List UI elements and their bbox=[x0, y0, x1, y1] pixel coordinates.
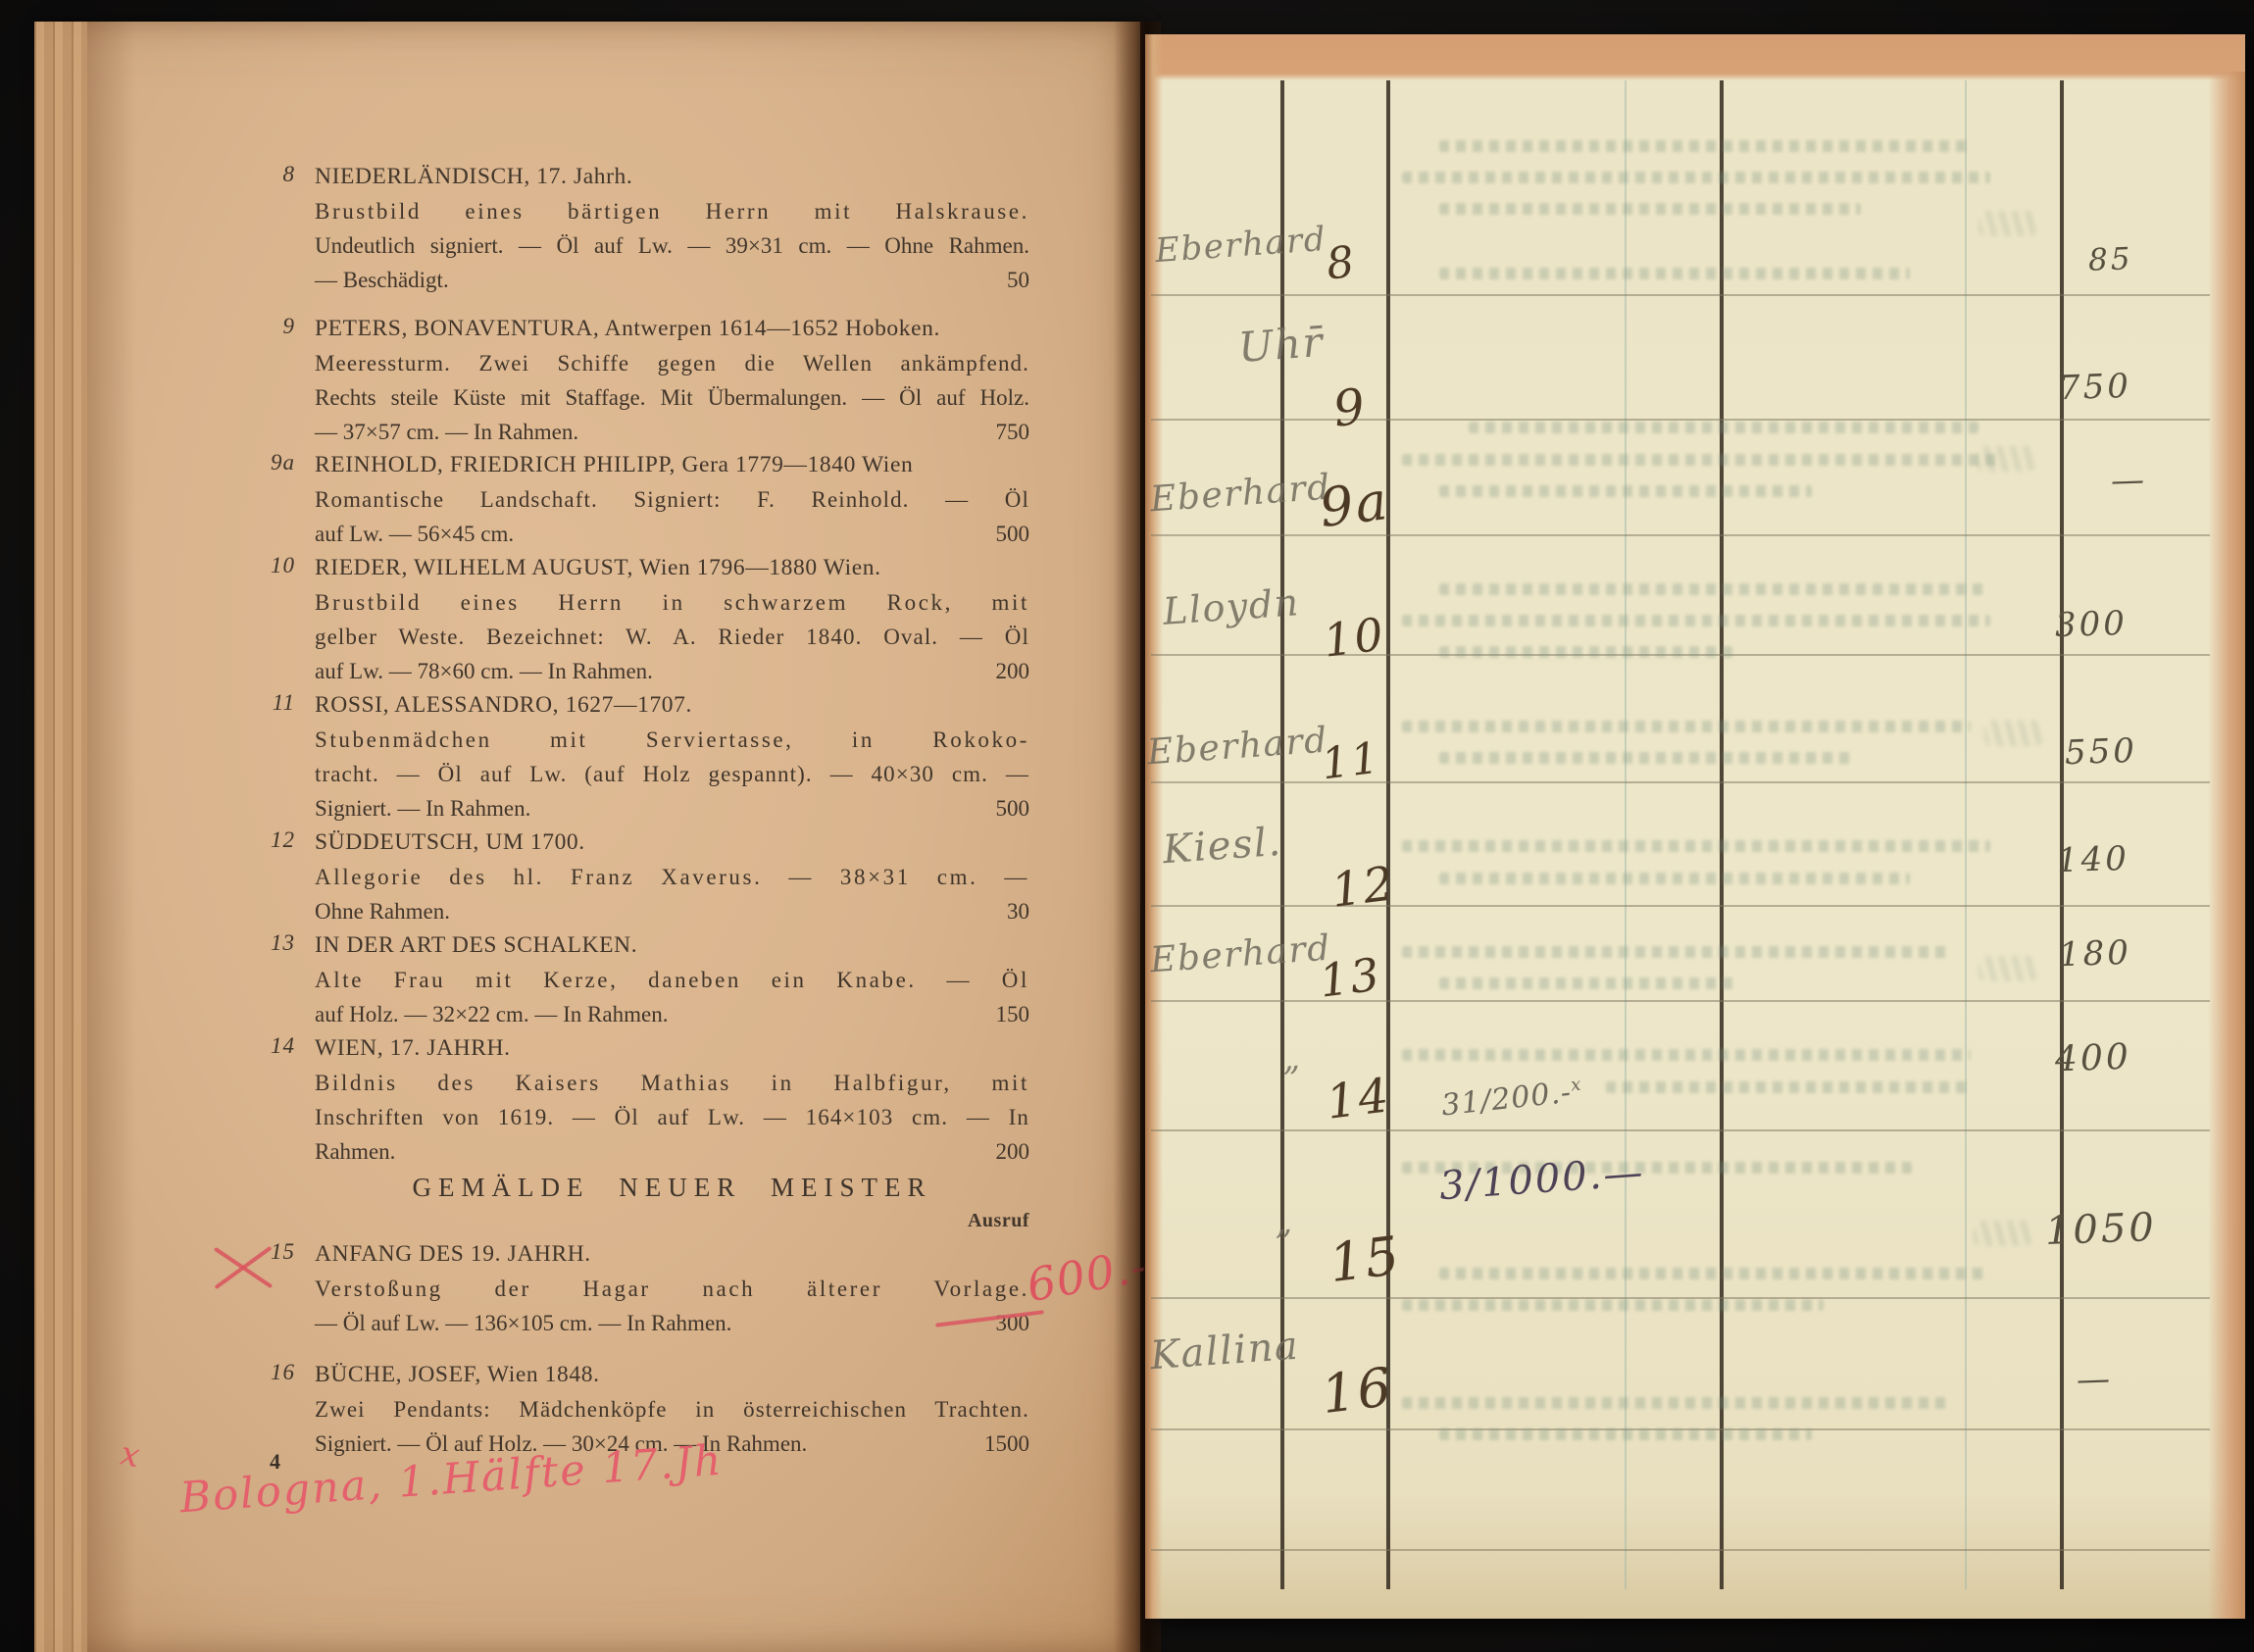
hammer-price: 180 bbox=[2058, 933, 2131, 976]
bleedthrough-mark bbox=[1984, 721, 2043, 746]
hammer-price: 550 bbox=[2064, 731, 2137, 774]
ausruf-price: 50 bbox=[1007, 263, 1029, 297]
hammer-price: 140 bbox=[2056, 839, 2129, 881]
catalog-item: 15 ANFANG DES 19. JAHRH. Verstoßung der … bbox=[230, 1237, 1029, 1340]
footnote-mark: x bbox=[118, 1434, 143, 1477]
deckle-edge bbox=[2208, 72, 2245, 1619]
bleedthrough-line bbox=[1439, 203, 1861, 215]
ledger-row-line bbox=[1151, 1549, 2210, 1551]
catalog-item: 9 PETERS, BONAVENTURA, Antwerpen 1614—16… bbox=[230, 312, 1029, 449]
catalog-item: 14 WIEN, 17. JAHRH. Bildnis des Kaisers … bbox=[230, 1031, 1029, 1169]
ausruf-price: 500 bbox=[996, 791, 1030, 826]
bleedthrough-mark bbox=[1977, 446, 2035, 472]
ledger-column-rule bbox=[2060, 80, 2064, 1589]
bidder-name: Kiesl. bbox=[1162, 820, 1283, 873]
catalog-item: 13 IN DER ART DES SCHALKEN. Alte Frau mi… bbox=[230, 928, 1029, 1031]
bleedthrough-line bbox=[1439, 268, 1910, 279]
ausruf-price: 200 bbox=[996, 654, 1030, 688]
item-title: ROSSI, ALESSANDRO, 1627—1707. bbox=[315, 688, 1029, 723]
ledger-column-rule-faint bbox=[1965, 80, 1967, 1589]
catalog-item: 9a REINHOLD, FRIEDRICH PHILIPP, Gera 177… bbox=[230, 448, 1029, 551]
hammer-price: 85 bbox=[2087, 241, 2133, 278]
lot-number: 13 bbox=[230, 930, 295, 956]
ledger-column-rule bbox=[1720, 80, 1724, 1589]
ledger-row-line bbox=[1151, 1129, 2210, 1131]
lot-number: 8 bbox=[230, 162, 295, 187]
ausruf-column-label: Ausruf bbox=[315, 1210, 1029, 1232]
lot-number: 11 bbox=[230, 690, 295, 716]
ledger-column-rule-faint bbox=[1625, 80, 1627, 1589]
bleedthrough-line bbox=[1402, 1397, 1951, 1409]
item-line: Allegorie des hl. Franz Xaverus. — 38×31… bbox=[315, 860, 1029, 894]
bleedthrough-line bbox=[1469, 422, 1979, 433]
ledger-row-line bbox=[1151, 294, 2210, 296]
ledger-page: Eberhard 8 85 Uhr̄ 9 750 Eberhard 9a — L… bbox=[1145, 34, 2245, 1619]
catalog-item: 10 RIEDER, WILHELM AUGUST, Wien 1796—188… bbox=[230, 551, 1029, 688]
item-title: IN DER ART DES SCHALKEN. bbox=[315, 928, 1029, 963]
item-line: Meeressturm. Zwei Schiffe gegen die Well… bbox=[315, 346, 1029, 380]
lot-number-entry: 13 bbox=[1317, 947, 1384, 1007]
catalog-page: 8 NIEDERLÄNDISCH, 17. Jahrh. Brustbild e… bbox=[34, 22, 1140, 1652]
item-line: Alte Frau mit Kerze, daneben ein Knabe. … bbox=[315, 963, 1029, 997]
item-line: Romantische Landschaft. Signiert: F. Rei… bbox=[315, 482, 1029, 517]
ausruf-price: 500 bbox=[996, 517, 1030, 551]
lot-number: 12 bbox=[230, 827, 295, 853]
bidder-name: Eberhard bbox=[1149, 468, 1332, 521]
item-line: Brustbild eines Herrn in schwarzem Rock,… bbox=[315, 585, 1029, 620]
bidder-name: Eberhard bbox=[1146, 721, 1329, 774]
ledger-row-line bbox=[1151, 419, 2210, 421]
lot-number-entry: 11 bbox=[1319, 733, 1383, 790]
bidder-name: Eberhard bbox=[1149, 928, 1332, 981]
item-line: Signiert. — In Rahmen. bbox=[315, 791, 530, 826]
bleedthrough-mark bbox=[1979, 211, 2037, 236]
ditto-mark: „ bbox=[1281, 1038, 1303, 1078]
item-line: Bildnis des Kaisers Mathias in Halbfigur… bbox=[315, 1066, 1029, 1100]
hammer-price: 400 bbox=[2054, 1037, 2131, 1080]
lot-number-entry: 10 bbox=[1321, 607, 1388, 667]
item-line: gelber Weste. Bezeichnet: W. A. Rieder 1… bbox=[315, 620, 1029, 654]
bleedthrough-line bbox=[1439, 646, 1733, 658]
item-line: Rechts steile Küste mit Staffage. Mit Üb… bbox=[315, 380, 1029, 415]
item-line: Ohne Rahmen. bbox=[315, 894, 450, 928]
item-title: WIEN, 17. JAHRH. bbox=[315, 1031, 1029, 1066]
hammer-price: — bbox=[2076, 1359, 2113, 1399]
item-line: — Beschädigt. bbox=[315, 263, 449, 297]
bidder-name: Eberhard bbox=[1154, 220, 1328, 271]
item-title: PETERS, BONAVENTURA, Antwerpen 1614—1652… bbox=[315, 312, 1029, 346]
ledger-row-line bbox=[1151, 534, 2210, 536]
item-title: NIEDERLÄNDISCH, 17. Jahrh. bbox=[315, 160, 1029, 194]
lot-number: 14 bbox=[230, 1033, 295, 1059]
catalog-content: 8 NIEDERLÄNDISCH, 17. Jahrh. Brustbild e… bbox=[34, 22, 1140, 1652]
ledger-row-line bbox=[1151, 905, 2210, 907]
item-line: Verstoßung der Hagar nach älterer Vorlag… bbox=[315, 1272, 1029, 1306]
item-line: — 37×57 cm. — In Rahmen. bbox=[315, 415, 578, 449]
lot-number-entry: 9a bbox=[1316, 470, 1392, 539]
ausruf-price: 150 bbox=[996, 997, 1030, 1031]
price-note: 31/200.-x bbox=[1440, 1075, 1584, 1124]
ausruf-price: 750 bbox=[996, 415, 1030, 449]
catalog-item: 8 NIEDERLÄNDISCH, 17. Jahrh. Brustbild e… bbox=[230, 160, 1029, 297]
ditto-mark: „ bbox=[1274, 1202, 1295, 1242]
catalog-item: 12 SÜDDEUTSCH, UM 1700. Allegorie des hl… bbox=[230, 826, 1029, 928]
item-title: SÜDDEUTSCH, UM 1700. bbox=[315, 826, 1029, 860]
item-line: tracht. — Öl auf Lw. (auf Holz gespannt)… bbox=[315, 757, 1029, 791]
bleedthrough-line bbox=[1439, 1268, 1988, 1279]
item-title: RIEDER, WILHELM AUGUST, Wien 1796—1880 W… bbox=[315, 551, 1029, 585]
bleedthrough-line bbox=[1402, 721, 1971, 732]
lot-number-entry: 14 bbox=[1324, 1068, 1393, 1130]
bleedthrough-line bbox=[1402, 1049, 1971, 1061]
item-line: auf Lw. — 78×60 cm. — In Rahmen. bbox=[315, 654, 653, 688]
hammer-price: 750 bbox=[2058, 367, 2131, 409]
ausruf-price: 1500 bbox=[984, 1427, 1029, 1461]
item-line: Undeutlich signiert. — Öl auf Lw. — 39×3… bbox=[315, 228, 1029, 263]
hammer-price: 300 bbox=[2054, 604, 2128, 646]
item-line: Inschriften von 1619. — Öl auf Lw. — 164… bbox=[315, 1100, 1029, 1134]
bleedthrough-mark bbox=[1979, 956, 2037, 981]
bleedthrough-line bbox=[1402, 615, 1990, 626]
lot-number: 9 bbox=[230, 314, 295, 339]
item-line: auf Holz. — 32×22 cm. — In Rahmen. bbox=[315, 997, 668, 1031]
footnote-mark: x bbox=[1570, 1075, 1582, 1096]
lot-number-entry: 16 bbox=[1318, 1356, 1396, 1426]
item-line: auf Lw. — 56×45 cm. bbox=[315, 517, 514, 551]
bleedthrough-line bbox=[1439, 1428, 1812, 1440]
ausruf-price: 200 bbox=[996, 1134, 1030, 1169]
bleedthrough-line bbox=[1439, 485, 1812, 497]
lot-number-entry: 12 bbox=[1328, 856, 1398, 919]
bleedthrough-line bbox=[1402, 840, 1990, 852]
price-note: 3/1000.— bbox=[1438, 1150, 1646, 1209]
lot-number-entry: 8 bbox=[1324, 236, 1359, 289]
bleedthrough-line bbox=[1439, 752, 1851, 764]
lot-number: 10 bbox=[230, 553, 295, 578]
bleedthrough-line bbox=[1402, 946, 1951, 958]
bidder-name: Kallina bbox=[1149, 1324, 1301, 1379]
item-title: BÜCHE, JOSEF, Wien 1848. bbox=[315, 1358, 1029, 1392]
lot-number: 16 bbox=[230, 1360, 295, 1385]
bleedthrough-line bbox=[1439, 977, 1733, 989]
catalog-item: 11 ROSSI, ALESSANDRO, 1627—1707. Stubenm… bbox=[230, 688, 1029, 826]
lot-number-entry: 9 bbox=[1330, 377, 1371, 438]
item-line: Zwei Pendants: Mädchenköpfe in österreic… bbox=[315, 1392, 1029, 1427]
hammer-price: 1050 bbox=[2044, 1205, 2157, 1254]
lot-number-entry: 15 bbox=[1326, 1225, 1404, 1294]
bleedthrough-line bbox=[1439, 583, 1988, 595]
auction-catalog-spread: 8 NIEDERLÄNDISCH, 17. Jahrh. Brustbild e… bbox=[0, 0, 2254, 1652]
item-title: ANFANG DES 19. JAHRH. bbox=[315, 1237, 1029, 1272]
item-title: REINHOLD, FRIEDRICH PHILIPP, Gera 1779—1… bbox=[315, 448, 1029, 482]
bleedthrough-line bbox=[1402, 172, 1990, 183]
item-line: Stubenmädchen mit Serviertasse, in Rokok… bbox=[315, 723, 1029, 757]
bleedthrough-line bbox=[1606, 1081, 1969, 1093]
bleedthrough-line bbox=[1439, 873, 1910, 884]
ledger-row-line bbox=[1151, 1000, 2210, 1002]
bleedthrough-line bbox=[1439, 140, 1969, 152]
bleedthrough-mark bbox=[1974, 1221, 2032, 1246]
bidder-name: Uhr̄ bbox=[1236, 318, 1325, 372]
item-line: Rahmen. bbox=[315, 1134, 395, 1169]
item-line: Brustbild eines bärtigen Herrn mit Halsk… bbox=[315, 194, 1029, 228]
lot-number: 9a bbox=[230, 450, 295, 476]
ausruf-price-crossed-out: 300 bbox=[996, 1306, 1030, 1340]
bleedthrough-line bbox=[1402, 1299, 1824, 1311]
ledger-row-line bbox=[1151, 781, 2210, 783]
red-cross-mark bbox=[213, 1237, 274, 1294]
section-heading: GEMÄLDE NEUER MEISTER bbox=[315, 1173, 1029, 1203]
hammer-price: — bbox=[2110, 460, 2147, 500]
item-line: — Öl auf Lw. — 136×105 cm. — In Rahmen. bbox=[315, 1306, 731, 1340]
page-edge bbox=[1145, 34, 1163, 1619]
ausruf-price: 30 bbox=[1007, 894, 1029, 928]
bleedthrough-line bbox=[1402, 454, 2000, 466]
